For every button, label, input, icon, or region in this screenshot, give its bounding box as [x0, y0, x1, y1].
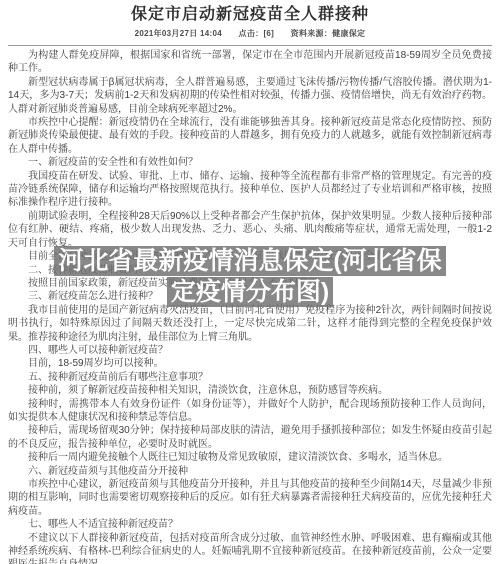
article-paragraph: 我市目前使用的是国产新冠病毒灭活疫苗，（目前河北省使用）免疫程序为接种2针次，两… [8, 304, 492, 344]
article-paragraph: 七、哪些人不适宜接种新冠疫苗？ [8, 518, 492, 531]
page-title: 保定市启动新冠疫苗全人群接种 [0, 6, 500, 24]
article-paragraph: 接种后一周内避免接触个人既往已知过敏物及常见致敏原，建议清淡饮食、多喝水，适当休… [8, 451, 492, 464]
article-paragraph: 我国疫苗在研发、试验、审批、上市、储存、运输、接种等全流程都有非常严格的管理规定… [8, 170, 492, 210]
article-paragraph: 接种后，需现场留观30分钟；保持接种局部皮肤的清洁，避免用手搔抓接种部位；如发生… [8, 424, 492, 451]
click-count: 点击：[6] [239, 29, 275, 38]
article-paragraph: 市疾控中心提醒：新冠疫情仍在全球流行，没有谁能够独善其身。接种新冠疫苗是常态化疫… [8, 116, 492, 156]
article-paragraph: 四、哪些人可以接种新冠疫苗？ [8, 344, 492, 357]
article-paragraph: 为构建人群免疫屏障，根据国家和省统一部署，保定市在全市范围内开展新冠疫苗18-5… [8, 49, 492, 76]
article-paragraph: 二、接种新冠疫苗收费吗？ [8, 264, 492, 277]
article-header: 保定市启动新冠疫苗全人群接种 2021年03月27日 14:04 点击：[6] … [0, 0, 500, 39]
article-paragraph: 目前，18-59周岁均可以接种。 [8, 357, 492, 370]
article-paragraph: 市疾控中心建议，新冠疫苗须与其他疫苗分开接种，并且与其他疫苗的接种至少间隔14天… [8, 478, 492, 518]
article-paragraph: 新型冠状病毒属于β属冠状病毒，全人群普遍易感，主要通过飞沫传播/污物传播/气溶胶… [8, 76, 492, 116]
article-body: 为构建人群免疫屏障，根据国家和省统一部署，保定市在全市范围内开展新冠疫苗18-5… [0, 46, 500, 564]
article-meta: 2021年03月27日 14:04 点击：[6] 资料来源：健康保定 [0, 28, 500, 39]
article-paragraph: 五、接种新冠疫苗前后有哪些注意事项？ [8, 371, 492, 384]
article-paragraph: 一、新冠疫苗的安全性和有效性如何？ [8, 156, 492, 169]
article-paragraph: 接种前，须了解新冠疫苗接种相关知识，清淡饮食，注意休息，预防感冒等疾病。 [8, 384, 492, 397]
article-paragraph: 按照目前国家政策，新冠疫苗实施免费接种，居民个人不负担费用。 [8, 277, 492, 290]
article-paragraph: 前期试验表明，全程接种28天后90%以上受种者都会产生保护抗体，保护效果明显。少… [8, 210, 492, 250]
article-paragraph: 六、新冠疫苗须与其他疫苗分开接种 [8, 465, 492, 478]
article-paragraph: 接种时，需携带本人有效身份证件（如身份证等），并做好个人防护，配合现场预防接种工… [8, 398, 492, 425]
article-paragraph: 目前全国接种新冠疫苗超过8585.87万剂次，进一步证明我国生产的疫苗是安全的。 [8, 250, 492, 263]
publish-date: 2021年03月27日 14:04 [135, 29, 222, 38]
source-label: 资料来源：健康保定 [291, 29, 366, 38]
article-paragraph: 不建议以下人群接种新冠疫苗，包括对疫苗所含成分过敏、血管神经性水肿、呼吸困难、患… [8, 532, 492, 564]
article-paragraph: 三、新冠疫苗怎么进行接种？ [8, 290, 492, 303]
